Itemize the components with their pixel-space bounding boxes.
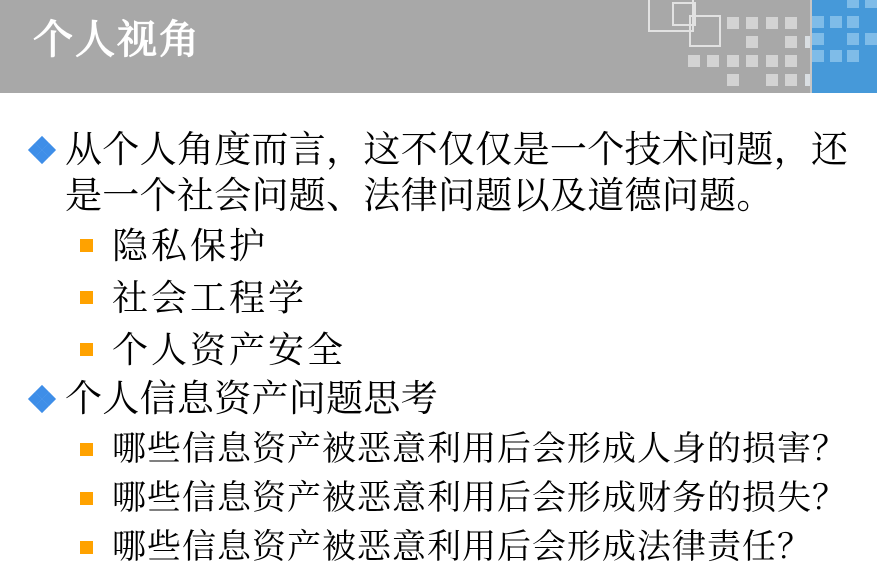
square-bullet-icon (80, 291, 93, 304)
deco-square (688, 55, 700, 67)
sub-bullet-text: 社会工程学 (112, 272, 307, 324)
deco-square (785, 74, 797, 86)
sub-bullet-item: 个人资产安全 (80, 324, 857, 376)
bullet-text: 个人信息资产问题思考 (65, 376, 857, 422)
deco-blue-square (830, 16, 842, 28)
square-bullet-icon (80, 343, 93, 356)
deco-square (766, 74, 778, 86)
sub-bullet-item: 哪些信息资产被恶意利用后会形成法律责任？ (80, 523, 857, 572)
deco-square (766, 55, 778, 67)
sub-bullet-item: 隐私保护 (80, 220, 857, 272)
deco-square (766, 17, 778, 29)
deco-blue-square (847, 33, 859, 45)
sub-bullet-item: 哪些信息资产被恶意利用后会形成人身的损害？ (80, 425, 857, 474)
deco-square (785, 55, 797, 67)
sub-bullet-text: 个人资产安全 (112, 324, 346, 376)
deco-blue-square (847, 0, 859, 8)
slide-title: 个人视角 (33, 16, 201, 64)
bullet-item-level1: 从个人角度而言，这不仅仅是一个技术问题，还是一个社会问题、法律问题以及道德问题。 (30, 127, 857, 219)
deco-square (746, 17, 758, 29)
diamond-bullet-icon (30, 387, 56, 413)
deco-square (746, 55, 758, 67)
square-bullet-icon (80, 239, 93, 252)
deco-blue-square (865, 0, 877, 8)
sub-bullet-text: 隐私保护 (112, 220, 268, 272)
title-bar: 个人视角 (0, 0, 877, 93)
sub-bullet-text: 哪些信息资产被恶意利用后会形成人身的损害？ (112, 425, 847, 474)
diamond-bullet-icon (30, 138, 56, 164)
deco-square (727, 74, 739, 86)
sub-bullet-text: 哪些信息资产被恶意利用后会形成财务的损失？ (112, 474, 847, 523)
deco-blue-square (812, 16, 824, 28)
square-bullet-icon (80, 492, 93, 505)
deco-square (785, 36, 797, 48)
deco-square (727, 55, 739, 67)
slide-body: 从个人角度而言，这不仅仅是一个技术问题，还是一个社会问题、法律问题以及道德问题。… (0, 93, 877, 572)
deco-blue-square (830, 50, 842, 62)
square-bullet-icon (80, 541, 93, 554)
sub-bullet-item: 哪些信息资产被恶意利用后会形成财务的损失？ (80, 474, 857, 523)
deco-square (746, 36, 758, 48)
deco-outline-square (648, 0, 694, 32)
deco-square (727, 17, 739, 29)
deco-square (707, 55, 719, 67)
deco-outline-square (672, 2, 696, 26)
deco-blue-square (847, 16, 859, 28)
deco-blue-square (847, 50, 859, 62)
deco-blue-square (865, 33, 877, 45)
slide: 个人视角 (0, 0, 877, 583)
deco-square (785, 17, 797, 29)
deco-blue-square (812, 50, 824, 62)
deco-outline-square (689, 15, 721, 47)
square-bullet-icon (80, 443, 93, 456)
sub-bullet-item: 社会工程学 (80, 272, 857, 324)
bullet-text: 从个人角度而言，这不仅仅是一个技术问题，还是一个社会问题、法律问题以及道德问题。 (65, 127, 857, 219)
sub-bullet-group: 哪些信息资产被恶意利用后会形成人身的损害？ 哪些信息资产被恶意利用后会形成财务的… (30, 425, 857, 572)
sub-bullet-group: 隐私保护 社会工程学 个人资产安全 (30, 220, 857, 376)
header-blue-block (810, 0, 877, 93)
deco-blue-square (812, 33, 824, 45)
bullet-item-level1: 个人信息资产问题思考 (30, 376, 857, 422)
sub-bullet-text: 哪些信息资产被恶意利用后会形成法律责任？ (112, 523, 812, 572)
